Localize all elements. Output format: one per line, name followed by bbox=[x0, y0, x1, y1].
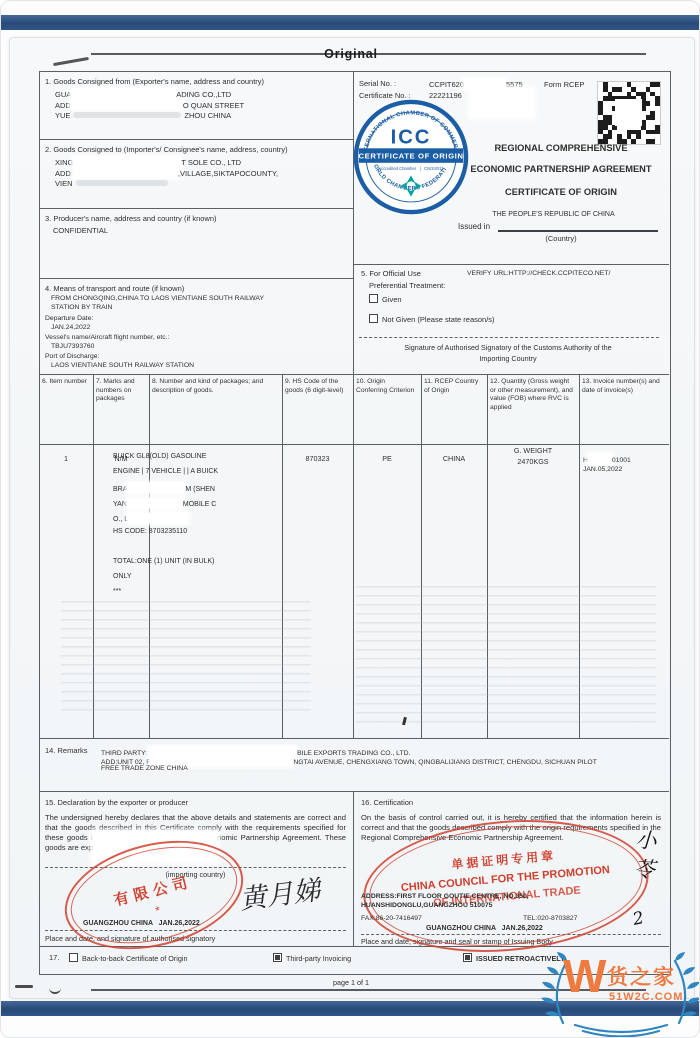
third-party-invoicing-label: Third-party Invoicing bbox=[286, 954, 351, 963]
desc-line: M (SHEN bbox=[185, 486, 215, 493]
redaction bbox=[127, 483, 185, 493]
row-invoice-date: JAN.05,2022 bbox=[583, 466, 622, 474]
qr-center-redaction bbox=[615, 99, 642, 126]
back-to-back-label: Back-to-back Certificate of Origin bbox=[82, 954, 187, 963]
box4-port-value: LAOS VIENTIANE SOUTH RAILWAY STATION bbox=[51, 362, 194, 370]
issued-country-value: THE PEOPLE'S REPUBLIC OF CHINA bbox=[446, 211, 661, 220]
box4-departure-label: Departure Date: bbox=[45, 315, 93, 323]
redaction bbox=[73, 157, 181, 167]
redaction bbox=[71, 100, 183, 110]
desc-line: HS CODE: 8703235110 bbox=[113, 528, 187, 535]
box1-line3-post: ZHOU CHINA bbox=[184, 111, 231, 120]
page-number: page 1 of 1 bbox=[301, 978, 401, 987]
box14-label: 14. Remarks bbox=[45, 746, 88, 755]
given-label: Given bbox=[382, 295, 402, 304]
box15-label: 15. Declaration by the exporter or produ… bbox=[45, 798, 188, 807]
box1-line1-pre: GUA bbox=[55, 90, 71, 99]
box5-label: 5. For Official Use bbox=[361, 269, 421, 278]
box2-line3-pre: VIEN bbox=[55, 179, 73, 188]
col-header-country: 11. RCEP Country of Origin bbox=[424, 378, 483, 395]
remarks-line3: FREE TRADE ZONE CHINA bbox=[101, 765, 188, 773]
box1-line2-post: O QUAN STREET bbox=[183, 101, 244, 110]
box4-departure-value: JAN.24,2022 bbox=[51, 324, 90, 332]
desc-line: ONLY bbox=[113, 573, 132, 580]
verify-url: VERIFY URL:HTTP://CHECK.CCPITECO.NET/ bbox=[467, 270, 610, 278]
desc-line: MOBILE C bbox=[183, 501, 216, 508]
checkbox-third-party-invoicing[interactable] bbox=[273, 953, 282, 962]
box1-line1-post: ADING CO.,LTD bbox=[176, 90, 231, 99]
box17-number: 17. bbox=[49, 953, 59, 962]
original-heading: Original bbox=[251, 47, 451, 63]
bleed-through bbox=[356, 586, 656, 726]
box4-route1: FROM CHONGQING,CHINA TO LAOS VIENTIANE S… bbox=[51, 295, 264, 303]
col-header-marks: 7. Marks and numbers on packages bbox=[96, 378, 147, 404]
redaction bbox=[471, 89, 533, 117]
box4-vessel-label: Vessel's name/Aircraft flight number, et… bbox=[45, 334, 169, 342]
checkbox-given[interactable] bbox=[369, 294, 378, 303]
issuer-address-line2: HUANSHIDONGLU,GUANGZHOU 510075 bbox=[361, 902, 492, 910]
country-caption: (Country) bbox=[501, 234, 621, 243]
icc-banner-text: CERTIFICATE OF ORIGIN bbox=[358, 151, 463, 160]
box2-line1-pre: XING bbox=[55, 158, 73, 167]
box2-line1-post: T SOLE CO., LTD bbox=[181, 158, 241, 167]
row-country-of-origin: CHINA bbox=[421, 454, 487, 463]
form-type-label: Form RCEP bbox=[544, 80, 584, 89]
pen-mark-bottom bbox=[15, 985, 33, 988]
serial-label: Serial No. : bbox=[359, 79, 396, 88]
row-hs-code: 870323 bbox=[282, 454, 353, 463]
box16-label: 16. Certification bbox=[361, 798, 413, 807]
desc-line: *** bbox=[113, 588, 121, 595]
blurred-text bbox=[76, 180, 168, 186]
box2-label: 2. Goods Consigned to (Importer's/ Consi… bbox=[45, 145, 288, 154]
not-given-label: Not Given (Please state reason/s) bbox=[382, 315, 495, 324]
issuer-handwritten-signature: 小苓 bbox=[628, 828, 661, 887]
remarks-line2-post: NGTAI AVENUE, CHENGXIANG TOWN, QINGBALIJ… bbox=[293, 759, 597, 766]
serial-value-pre: CCPIT620 bbox=[429, 80, 464, 89]
row-gross-weight-label: G. WEIGHT bbox=[487, 446, 579, 455]
logo-w-mark: W bbox=[563, 953, 606, 999]
box2-line2-pre: ADD: bbox=[55, 169, 73, 178]
checkbox-not-given[interactable] bbox=[369, 314, 378, 323]
huozhijia-watermark-logo: W 货之家 51W2C.COM bbox=[541, 945, 700, 1038]
row-item-number: 1 bbox=[39, 454, 93, 463]
desc-line: O., L bbox=[113, 516, 128, 523]
col-header-invoice: 13. Invoice number(s) and date of invoic… bbox=[582, 378, 666, 395]
issued-in-line bbox=[498, 230, 658, 232]
issued-in-label: Issued in bbox=[458, 222, 490, 232]
box3-label: 3. Producer's name, address and country … bbox=[45, 214, 217, 223]
logo-domain: 51W2C.COM bbox=[609, 991, 683, 1003]
issuer-fax: FAX:86-20-7416497 bbox=[361, 915, 422, 923]
box4-label: 4. Means of transport and route (if know… bbox=[45, 284, 184, 293]
row-description: BUICK GL8(OLD) GASOLINE ENGINE | 7 VEHIC… bbox=[113, 453, 245, 603]
title-line3: CERTIFICATE OF ORIGIN bbox=[459, 187, 663, 199]
redaction bbox=[464, 79, 506, 89]
box3-value: CONFIDENTIAL bbox=[53, 226, 108, 235]
checkbox-issued-retroactively[interactable] bbox=[463, 953, 472, 962]
desc-line: BUICK GL8(OLD) GASOLINE bbox=[113, 453, 206, 460]
redaction bbox=[73, 168, 178, 178]
preferential-treatment-label: Preferential Treatment: bbox=[369, 281, 445, 290]
box4-vessel-value: TBJU7393760 bbox=[51, 343, 94, 351]
box1-line3-pre: YUE bbox=[55, 111, 70, 120]
desc-line: BRA bbox=[113, 486, 127, 493]
redaction bbox=[71, 89, 176, 99]
icc-acronym: ICC bbox=[391, 126, 432, 148]
col-header-hs-code: 9. HS Code of the goods (6 digit-level) bbox=[285, 378, 349, 395]
title-line2: ECONOMIC PARTNERSHIP AGREEMENT bbox=[456, 164, 666, 176]
icc-certificate-badge: INTERNATIONAL CHAMBER OF COMMERCE WORLD … bbox=[353, 99, 469, 215]
redaction bbox=[127, 498, 183, 508]
logo-brand-name: 货之家 bbox=[607, 961, 676, 991]
icc-sub-text: Accredited Chamber | CN/24/011 bbox=[378, 166, 444, 171]
customs-signature-caption-1: Signature of Authorised Signatory of the… bbox=[357, 343, 659, 352]
scanned-certificate-page: Original 1. Goods Consigned from (Export… bbox=[0, 0, 700, 1038]
issuer-place-date: GUANGZHOU CHINA JAN.26,2022 bbox=[426, 925, 543, 934]
checkbox-back-to-back[interactable] bbox=[69, 953, 78, 962]
col-header-criterion: 10. Origin Conferring Criterion bbox=[356, 378, 417, 395]
col-header-packages: 8. Number and kind of packages; and desc… bbox=[152, 378, 278, 395]
redaction bbox=[588, 454, 612, 464]
row-invoice-number: 01001 bbox=[612, 457, 631, 464]
col-header-quantity: 12. Quantity (Gross weight or other meas… bbox=[490, 378, 576, 412]
customs-signature-caption-2: Importing Country bbox=[357, 354, 659, 363]
box4-port-label: Port of Discharge: bbox=[45, 353, 99, 361]
row-gross-weight-value: 2470KGS bbox=[487, 457, 579, 466]
box4-route2: STATION BY TRAIN bbox=[51, 304, 112, 312]
blurred-text bbox=[73, 112, 181, 118]
issuer-address-line1: ADDRESS:FIRST FLOOR GOUTIE CENTRE, NO.35… bbox=[361, 893, 529, 901]
dashed-separator bbox=[359, 337, 659, 338]
issuer-tel: TEL:020-8703827 bbox=[523, 915, 577, 923]
col-header-item: 6. Item number bbox=[42, 378, 90, 387]
box2-line2-post: ,VILLAGE,SIKTAPOCOUNTY, bbox=[178, 169, 278, 178]
top-blue-bar bbox=[1, 15, 700, 30]
desc-line: ENGINE | 7 VEHICLE | | A BUICK bbox=[113, 468, 218, 475]
box1-label: 1. Goods Consigned from (Exporter's name… bbox=[45, 77, 264, 86]
redaction bbox=[128, 513, 188, 523]
bleed-through bbox=[61, 601, 311, 711]
box1-line2-pre: ADD bbox=[55, 101, 71, 110]
desc-line: TOTAL:ONE (1) UNIT (IN BULK) bbox=[113, 558, 215, 565]
serial-value-post: 5575 bbox=[506, 80, 523, 89]
title-line1: REGIONAL COMPREHENSIVE bbox=[459, 143, 663, 155]
row-origin-criterion: PE bbox=[353, 454, 421, 463]
desc-line: YAN bbox=[113, 501, 127, 508]
exporter-place-date: GUANGZHOU CHINA JAN.26,2022 bbox=[83, 920, 200, 929]
